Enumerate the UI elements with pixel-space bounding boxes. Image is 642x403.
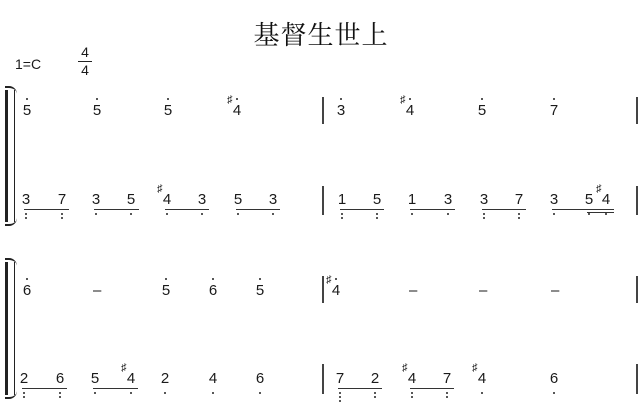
octave-dot-high xyxy=(481,98,483,100)
barline xyxy=(636,186,638,215)
note: 5 xyxy=(371,192,383,207)
octave-dot-high xyxy=(335,278,337,280)
dash-sustain: – xyxy=(93,283,101,298)
octave-dot-low xyxy=(339,400,341,402)
time-signature: 4 4 xyxy=(77,44,93,79)
octave-dot-low xyxy=(341,213,343,215)
octave-dot-low xyxy=(553,392,555,394)
octave-dot-low xyxy=(446,392,448,394)
dash-sustain: – xyxy=(409,283,417,298)
beam-underline xyxy=(22,388,67,389)
beam-underline xyxy=(236,209,280,210)
octave-dot-low xyxy=(237,213,239,215)
note: 7 xyxy=(56,192,68,207)
note: 3 xyxy=(267,192,279,207)
octave-dot-low xyxy=(23,396,25,398)
octave-dot-low xyxy=(376,213,378,215)
octave-dot-low xyxy=(212,392,214,394)
beam-underline xyxy=(552,209,614,210)
octave-dot-low xyxy=(518,217,520,219)
sharp-icon: ♯ xyxy=(121,363,127,374)
beam-underline xyxy=(24,209,69,210)
note: 6 xyxy=(207,283,219,298)
system-bracket xyxy=(5,262,15,395)
barline xyxy=(636,276,638,303)
octave-dot-high xyxy=(259,278,261,280)
beam-underline xyxy=(410,388,454,389)
octave-dot-high xyxy=(26,98,28,100)
octave-dot-high xyxy=(26,278,28,280)
note: 2 xyxy=(159,371,171,386)
octave-dot-low xyxy=(481,392,483,394)
dash-sustain: – xyxy=(551,283,559,298)
octave-dot-low xyxy=(164,392,166,394)
note: 5 xyxy=(125,192,137,207)
sharp-icon: ♯ xyxy=(326,275,332,286)
octave-dot-low xyxy=(61,213,63,215)
note: 1 xyxy=(336,192,348,207)
beam-underline xyxy=(165,209,209,210)
octave-dot-high xyxy=(553,98,555,100)
octave-dot-low xyxy=(272,213,274,215)
note: 6 xyxy=(21,283,33,298)
octave-dot-low xyxy=(339,396,341,398)
octave-dot-low xyxy=(259,392,261,394)
octave-dot-low xyxy=(446,396,448,398)
note: 6 xyxy=(54,371,66,386)
barline xyxy=(322,276,324,303)
octave-dot-low xyxy=(447,213,449,215)
time-denominator: 4 xyxy=(77,62,93,79)
octave-dot-low xyxy=(25,217,27,219)
system-bracket xyxy=(5,90,15,222)
note: 3 xyxy=(442,192,454,207)
beam-underline xyxy=(94,209,139,210)
note: 3 xyxy=(478,192,490,207)
note: 5 xyxy=(160,283,172,298)
octave-dot-low xyxy=(130,213,132,215)
note: 5 xyxy=(89,371,101,386)
octave-dot-low xyxy=(374,392,376,394)
note: 5 xyxy=(91,103,103,118)
note: 5 xyxy=(232,192,244,207)
barline xyxy=(322,97,324,124)
barline xyxy=(636,97,638,124)
note: 3 xyxy=(335,103,347,118)
note: 1 xyxy=(406,192,418,207)
note: 7 xyxy=(548,103,560,118)
note: 3 xyxy=(196,192,208,207)
beam-underline xyxy=(93,388,138,389)
octave-dot-high xyxy=(212,278,214,280)
octave-dot-low xyxy=(94,392,96,394)
octave-dot-low xyxy=(588,213,590,215)
song-title: 基督生世上 xyxy=(0,15,642,52)
octave-dot-low xyxy=(59,396,61,398)
note: 3 xyxy=(20,192,32,207)
note: 3 xyxy=(90,192,102,207)
barline xyxy=(322,364,324,394)
dash-sustain: – xyxy=(479,283,487,298)
beam-underline xyxy=(482,209,526,210)
sharp-icon: ♯ xyxy=(227,95,233,106)
octave-dot-low xyxy=(61,217,63,219)
octave-dot-high xyxy=(236,98,238,100)
octave-dot-high xyxy=(96,98,98,100)
note: 5 xyxy=(583,192,595,207)
octave-dot-high xyxy=(165,278,167,280)
octave-dot-low xyxy=(130,392,132,394)
octave-dot-low xyxy=(411,396,413,398)
beam-underline-double xyxy=(587,212,614,213)
time-numerator: 4 xyxy=(77,44,93,61)
barline xyxy=(636,364,638,394)
octave-dot-low xyxy=(553,213,555,215)
note: 5 xyxy=(476,103,488,118)
sharp-icon: ♯ xyxy=(472,363,478,374)
octave-dot-low xyxy=(341,217,343,219)
note: 7 xyxy=(513,192,525,207)
key-signature: 1=C xyxy=(15,56,41,72)
octave-dot-low xyxy=(518,213,520,215)
note: 6 xyxy=(254,371,266,386)
note: 2 xyxy=(18,371,30,386)
octave-dot-high xyxy=(340,98,342,100)
octave-dot-low xyxy=(374,396,376,398)
note: 3 xyxy=(548,192,560,207)
beam-underline xyxy=(410,209,455,210)
note: 5 xyxy=(21,103,33,118)
note: 6 xyxy=(548,371,560,386)
note: 4 xyxy=(207,371,219,386)
octave-dot-low xyxy=(95,213,97,215)
octave-dot-low xyxy=(201,213,203,215)
note: 5 xyxy=(254,283,266,298)
note: 5 xyxy=(162,103,174,118)
sharp-icon: ♯ xyxy=(157,184,163,195)
octave-dot-low xyxy=(166,213,168,215)
octave-dot-low xyxy=(25,213,27,215)
beam-underline xyxy=(338,388,382,389)
sharp-icon: ♯ xyxy=(402,363,408,374)
sharp-icon: ♯ xyxy=(400,95,406,106)
octave-dot-low xyxy=(411,392,413,394)
note: 7 xyxy=(334,371,346,386)
note: 7 xyxy=(441,371,453,386)
octave-dot-low xyxy=(605,213,607,215)
octave-dot-low xyxy=(411,213,413,215)
beam-underline xyxy=(340,209,384,210)
octave-dot-low xyxy=(23,392,25,394)
octave-dot-low xyxy=(376,217,378,219)
octave-dot-low xyxy=(483,213,485,215)
octave-dot-low xyxy=(339,392,341,394)
octave-dot-low xyxy=(59,392,61,394)
note: 2 xyxy=(369,371,381,386)
barline xyxy=(322,186,324,215)
octave-dot-high xyxy=(409,98,411,100)
octave-dot-low xyxy=(483,217,485,219)
sharp-icon: ♯ xyxy=(596,184,602,195)
octave-dot-high xyxy=(167,98,169,100)
